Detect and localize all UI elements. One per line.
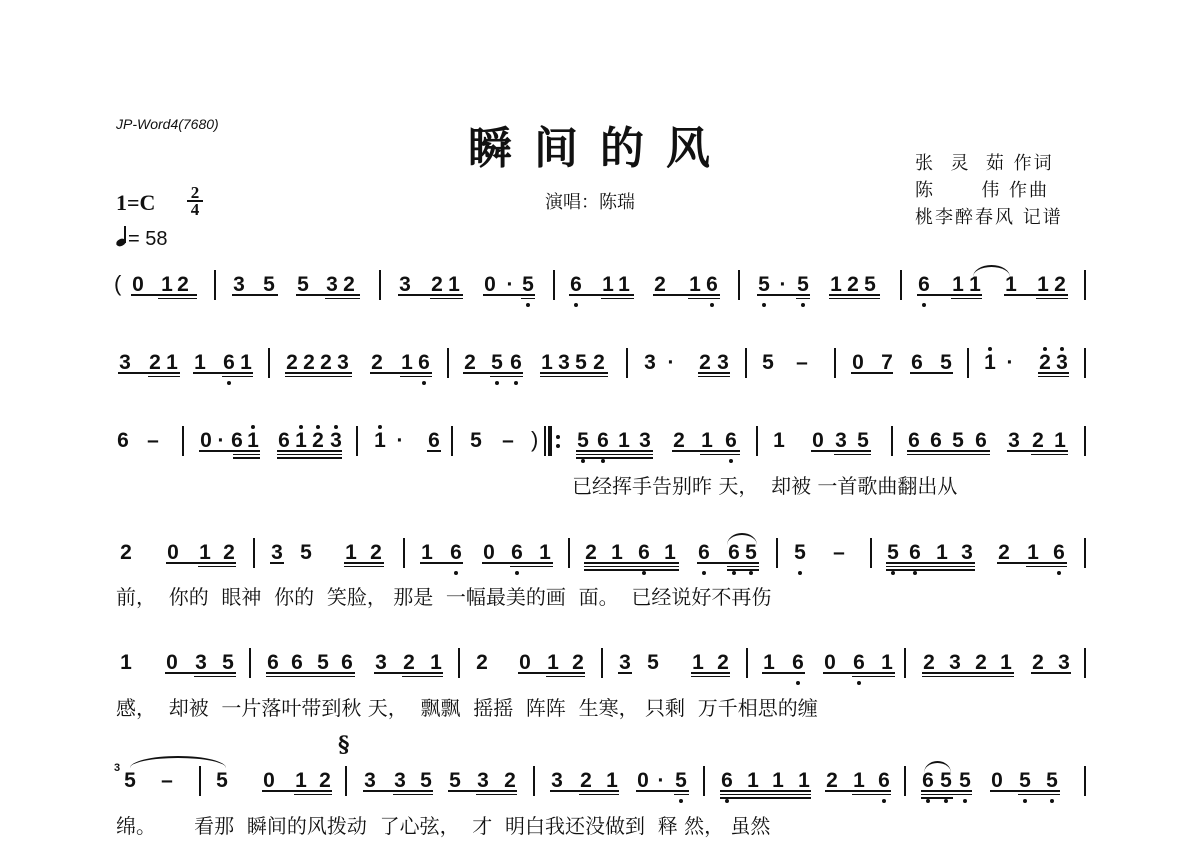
beam-underline — [576, 454, 653, 456]
beam-underline — [540, 376, 608, 378]
beam-underline — [997, 562, 1067, 564]
beam-underline — [727, 566, 759, 568]
note: 2 — [318, 770, 332, 792]
dash-note: – — [146, 430, 160, 452]
note: 2 — [672, 430, 686, 452]
note: 0 — [990, 770, 1004, 792]
note: 0 — [199, 430, 213, 452]
dash-note: – — [795, 352, 809, 374]
barline — [834, 348, 836, 378]
note: 2 — [922, 652, 936, 674]
note: 5 — [939, 352, 953, 374]
barline — [703, 766, 705, 796]
beam-underline — [285, 376, 352, 378]
note: 3 — [557, 352, 571, 374]
time-signature-top: 2 — [186, 185, 204, 200]
beam-underline — [698, 376, 730, 378]
barline — [745, 348, 747, 378]
octave-down-dot — [913, 571, 917, 575]
octave-down-dot — [702, 571, 706, 575]
note: 5 — [262, 274, 276, 296]
note: 1 — [294, 430, 308, 452]
note: 1 — [193, 352, 207, 374]
lyrics-line: 感， 却被 一片落叶带到秋 天， 飘飘 摇摇 阵阵 生寒， 只剩 万千相思的缠 — [116, 692, 818, 721]
composer-credit: 陈 伟 作曲 — [915, 177, 1063, 204]
note: 1 — [1053, 430, 1067, 452]
barline — [776, 538, 778, 568]
note: 6 — [596, 430, 610, 452]
beam-underline — [490, 376, 523, 378]
beam-underline — [762, 672, 805, 674]
barline — [738, 270, 740, 300]
barline — [967, 348, 969, 378]
note: 3 — [643, 352, 657, 374]
barline — [1084, 270, 1086, 300]
beam-underline — [697, 562, 759, 564]
note: 3 — [638, 430, 652, 452]
dash-note: – — [832, 542, 846, 564]
note: 2 — [148, 352, 162, 374]
note: 5 — [574, 352, 588, 374]
octave-down-dot — [515, 571, 519, 575]
octave-down-dot — [1057, 571, 1061, 575]
barline — [214, 270, 216, 300]
note: 1 — [239, 352, 253, 374]
note: 5 — [744, 542, 758, 564]
note: 0 — [262, 770, 276, 792]
barline — [253, 538, 255, 568]
beam-underline — [825, 790, 891, 792]
note: 1 — [999, 652, 1013, 674]
beam-underline — [618, 672, 632, 674]
note: 1 — [968, 274, 982, 296]
beam-underline — [922, 672, 1014, 674]
note: 3 — [393, 770, 407, 792]
note: 2 — [319, 352, 333, 374]
beam-underline — [521, 298, 535, 300]
augmentation-dot: · — [664, 352, 678, 374]
note: 7 — [880, 352, 894, 374]
note: 6 — [852, 652, 866, 674]
note: 1 — [538, 542, 552, 564]
barline — [1084, 648, 1086, 678]
beam-underline — [165, 672, 236, 674]
beam-underline — [393, 794, 433, 796]
beam-underline — [463, 372, 523, 374]
barline — [626, 348, 628, 378]
augmentation-dot: · — [1003, 352, 1017, 374]
note: 5 — [939, 770, 953, 792]
beam-underline — [720, 794, 811, 796]
slur-tie — [924, 761, 951, 773]
slur-tie — [973, 265, 1010, 277]
augmentation-dot: · — [393, 430, 407, 452]
note: 1 — [605, 770, 619, 792]
lyricist-credit: 张 灵 茹 作词 — [915, 150, 1063, 177]
beam-underline — [886, 562, 975, 564]
note: 1 — [663, 542, 677, 564]
beam-underline — [951, 298, 982, 300]
beam-underline — [834, 454, 871, 456]
octave-down-dot — [749, 571, 753, 575]
note: 2 — [430, 274, 444, 296]
beam-underline — [546, 676, 585, 678]
beam-underline — [691, 672, 730, 674]
beam-underline — [266, 676, 355, 678]
beam-underline — [796, 298, 810, 300]
note: 2 — [592, 352, 606, 374]
beam-underline — [1031, 672, 1071, 674]
beam-underline — [910, 372, 953, 374]
augmentation-dot: · — [654, 770, 668, 792]
note: 3 — [118, 352, 132, 374]
note: 5 — [1045, 770, 1059, 792]
note: 6 — [907, 430, 921, 452]
beam-underline — [402, 676, 443, 678]
octave-down-dot — [732, 571, 736, 575]
note: 5 — [221, 652, 235, 674]
beam-underline — [550, 790, 619, 792]
note: 5 — [521, 274, 535, 296]
octave-down-dot — [796, 681, 800, 685]
dash-note: – — [501, 430, 515, 452]
barline — [904, 766, 906, 796]
beam-underline — [886, 569, 975, 571]
note: 5 — [951, 430, 965, 452]
note: 1 — [746, 770, 760, 792]
beam-underline — [483, 294, 535, 296]
note: 6 — [222, 352, 236, 374]
beam-underline — [576, 457, 653, 459]
beam-underline — [990, 790, 1060, 792]
octave-down-dot — [679, 799, 683, 803]
barline — [182, 426, 184, 456]
octave-down-dot — [514, 381, 518, 385]
beam-underline — [636, 790, 689, 792]
note: 5 — [576, 430, 590, 452]
note: 3 — [550, 770, 564, 792]
note: 2 — [698, 352, 712, 374]
barline — [870, 538, 872, 568]
barline — [199, 766, 201, 796]
barline — [900, 270, 902, 300]
note: 1 — [691, 652, 705, 674]
note: 1 — [400, 352, 414, 374]
note: 2 — [176, 274, 190, 296]
beam-underline — [907, 454, 990, 456]
note: 0 — [823, 652, 837, 674]
beam-underline — [148, 376, 180, 378]
note: 6 — [724, 430, 738, 452]
note: 3 — [336, 352, 350, 374]
beam-underline — [277, 457, 342, 459]
barline — [379, 270, 381, 300]
note: 6 — [290, 652, 304, 674]
augmentation-dot: · — [503, 274, 517, 296]
octave-down-dot — [1023, 799, 1027, 803]
octave-down-dot — [857, 681, 861, 685]
beam-underline — [829, 298, 880, 300]
note: 6 — [510, 542, 524, 564]
beam-underline — [1031, 454, 1068, 456]
note: 3 — [476, 770, 490, 792]
beam-underline — [420, 562, 463, 564]
note: 1 — [829, 274, 843, 296]
note: 1 — [1026, 542, 1040, 564]
note: 6 — [116, 430, 130, 452]
note: 1 — [1036, 274, 1050, 296]
note: 6 — [917, 274, 931, 296]
octave-down-dot — [710, 303, 714, 307]
octave-down-dot — [601, 459, 605, 463]
note: 5 — [316, 652, 330, 674]
note: 2 — [1053, 274, 1067, 296]
note: 2 — [463, 352, 477, 374]
octave-down-dot — [454, 571, 458, 575]
note: 1 — [1004, 274, 1018, 296]
beam-underline — [584, 569, 679, 571]
note: 1 — [762, 652, 776, 674]
note: 2 — [370, 352, 384, 374]
beam-underline — [1007, 450, 1068, 452]
beam-underline — [363, 790, 433, 792]
note: 2 — [716, 652, 730, 674]
beam-underline — [482, 562, 553, 564]
barline — [746, 648, 748, 678]
beam-underline — [232, 294, 278, 296]
octave-down-dot — [526, 303, 530, 307]
beam-underline — [193, 372, 253, 374]
octave-down-dot — [1050, 799, 1054, 803]
note: 6 — [277, 430, 291, 452]
beam-underline — [233, 454, 260, 456]
note: 6 — [974, 430, 988, 452]
note: 3 — [1057, 652, 1071, 674]
note: 2 — [119, 542, 133, 564]
note: 1 — [700, 430, 714, 452]
note: 1 — [420, 542, 434, 564]
note: 2 — [475, 652, 489, 674]
note: 2 — [997, 542, 1011, 564]
beam-underline — [886, 566, 975, 568]
barline — [553, 270, 555, 300]
beam-underline — [851, 372, 893, 374]
beam-underline — [917, 294, 982, 296]
beam-underline — [1026, 566, 1067, 568]
note: 5 — [796, 274, 810, 296]
octave-down-dot — [642, 571, 646, 575]
note: 6 — [929, 430, 943, 452]
barline — [601, 648, 603, 678]
note: 6 — [509, 352, 523, 374]
beam-underline — [344, 562, 384, 564]
note: 2 — [846, 274, 860, 296]
note: 5 — [469, 430, 483, 452]
key-signature: 1=C — [116, 190, 155, 216]
note: 6 — [910, 352, 924, 374]
note: 2 — [311, 430, 325, 452]
beam-underline — [922, 676, 1014, 678]
beam-underline — [277, 450, 342, 452]
beam-underline — [823, 672, 895, 674]
note: 2 — [302, 352, 316, 374]
beam-underline — [166, 562, 236, 564]
beam-underline — [370, 372, 432, 374]
beam-underline — [266, 672, 355, 674]
barline — [268, 348, 270, 378]
barline — [345, 766, 347, 796]
beam-underline — [757, 294, 810, 296]
author-credits: 张 灵 茹 作词 陈 伟 作曲 桃李醉春风 记谱 — [915, 150, 1063, 231]
note: 5 — [299, 542, 313, 564]
beam-underline — [448, 790, 517, 792]
note: 1 — [601, 274, 615, 296]
beam-underline — [691, 676, 730, 678]
note: 5 — [448, 770, 462, 792]
beam-underline — [398, 294, 463, 296]
beam-underline — [325, 298, 360, 300]
barline — [249, 648, 251, 678]
time-signature-bottom: 4 — [186, 202, 204, 217]
barline — [447, 348, 449, 378]
beam-underline — [540, 372, 608, 374]
note: 3 — [1055, 352, 1069, 374]
quarter-note-icon — [114, 226, 128, 248]
beam-underline — [296, 294, 360, 296]
beam-underline — [1038, 372, 1069, 374]
note: 3 — [716, 352, 730, 374]
slur-tie — [130, 756, 226, 768]
beam-underline — [1036, 298, 1068, 300]
beam-underline — [688, 298, 720, 300]
note: 6 — [266, 652, 280, 674]
note: 1 — [447, 274, 461, 296]
note: 3 — [194, 652, 208, 674]
lyrics-line: 已经挥手告别昨 天， 却被 一首歌曲翻出从 — [572, 470, 957, 499]
octave-down-dot — [926, 799, 930, 803]
octave-down-dot — [762, 303, 766, 307]
beam-underline — [344, 566, 384, 568]
beam-underline — [720, 797, 811, 799]
note: 2 — [584, 542, 598, 564]
beam-underline — [198, 566, 236, 568]
octave-down-dot — [729, 459, 733, 463]
beam-underline — [811, 450, 871, 452]
note: 6 — [720, 770, 734, 792]
note: 1 — [617, 274, 631, 296]
note: 3 — [374, 652, 388, 674]
barline — [1084, 348, 1086, 378]
note: 0 — [851, 352, 865, 374]
beam-underline — [852, 676, 895, 678]
note: 1 — [119, 652, 133, 674]
note: 1 — [160, 274, 174, 296]
segno-icon: § — [338, 732, 350, 758]
note: 5 — [761, 352, 775, 374]
note: 6 — [727, 542, 741, 564]
beam-underline — [601, 298, 634, 300]
note: 2 — [974, 652, 988, 674]
note: 5 — [856, 430, 870, 452]
note: 5 — [793, 542, 807, 564]
beam-underline — [158, 298, 197, 300]
note: 5 — [646, 652, 660, 674]
beam-underline — [829, 294, 880, 296]
beam-underline — [518, 672, 585, 674]
beam-underline — [262, 790, 332, 792]
beam-underline — [698, 372, 730, 374]
barline — [904, 648, 906, 678]
beam-underline — [194, 676, 236, 678]
note: 3 — [834, 430, 848, 452]
octave-down-dot — [891, 571, 895, 575]
note: 5 — [958, 770, 972, 792]
beam-underline — [1018, 794, 1060, 796]
note: 3 — [398, 274, 412, 296]
singer-credit: 演唱：陈瑞 — [545, 188, 635, 214]
beam-underline — [907, 450, 990, 452]
note: 6 — [697, 542, 711, 564]
intro-parenthesis: ( — [114, 271, 121, 297]
note: 3 — [329, 430, 343, 452]
beam-underline — [579, 794, 619, 796]
beam-underline — [720, 790, 811, 792]
octave-down-dot — [227, 381, 231, 385]
note: 5 — [863, 274, 877, 296]
augmentation-dot: · — [214, 430, 228, 452]
note: 1 — [617, 430, 631, 452]
beam-underline — [727, 569, 759, 571]
octave-down-dot — [944, 799, 948, 803]
note: 0 — [165, 652, 179, 674]
augmentation-dot: · — [776, 274, 790, 296]
note: 2 — [1031, 430, 1045, 452]
beam-underline — [1038, 376, 1069, 378]
lyrics-line: 绵。 看那 瞬间的风拨动 了心弦， 才 明白我还没做到 释 然， 虽然 — [116, 810, 770, 839]
intro-parenthesis: ) — [531, 427, 538, 453]
beam-underline — [277, 454, 342, 456]
note: 2 — [342, 274, 356, 296]
beam-underline — [921, 797, 953, 799]
note: 1 — [165, 352, 179, 374]
note: 1 — [797, 770, 811, 792]
beam-underline — [672, 450, 740, 452]
note: 6 — [417, 352, 431, 374]
octave-down-dot — [574, 303, 578, 307]
note: 0 — [482, 542, 496, 564]
note: 2 — [503, 770, 517, 792]
beam-underline — [270, 562, 284, 564]
note: 2 — [369, 542, 383, 564]
note: 5 — [1018, 770, 1032, 792]
note: 6 — [908, 542, 922, 564]
beam-underline — [476, 794, 517, 796]
note: 5 — [419, 770, 433, 792]
octave-down-dot — [581, 459, 585, 463]
barline — [533, 766, 535, 796]
barline — [1084, 766, 1086, 796]
note: 6 — [921, 770, 935, 792]
beam-underline — [131, 294, 197, 296]
octave-down-dot — [422, 381, 426, 385]
note: 2 — [402, 652, 416, 674]
dash-note: – — [160, 770, 174, 792]
barline — [1084, 426, 1086, 456]
beam-underline — [374, 672, 443, 674]
octave-down-dot — [725, 799, 729, 803]
note: 6 — [705, 274, 719, 296]
note: 0 — [483, 274, 497, 296]
